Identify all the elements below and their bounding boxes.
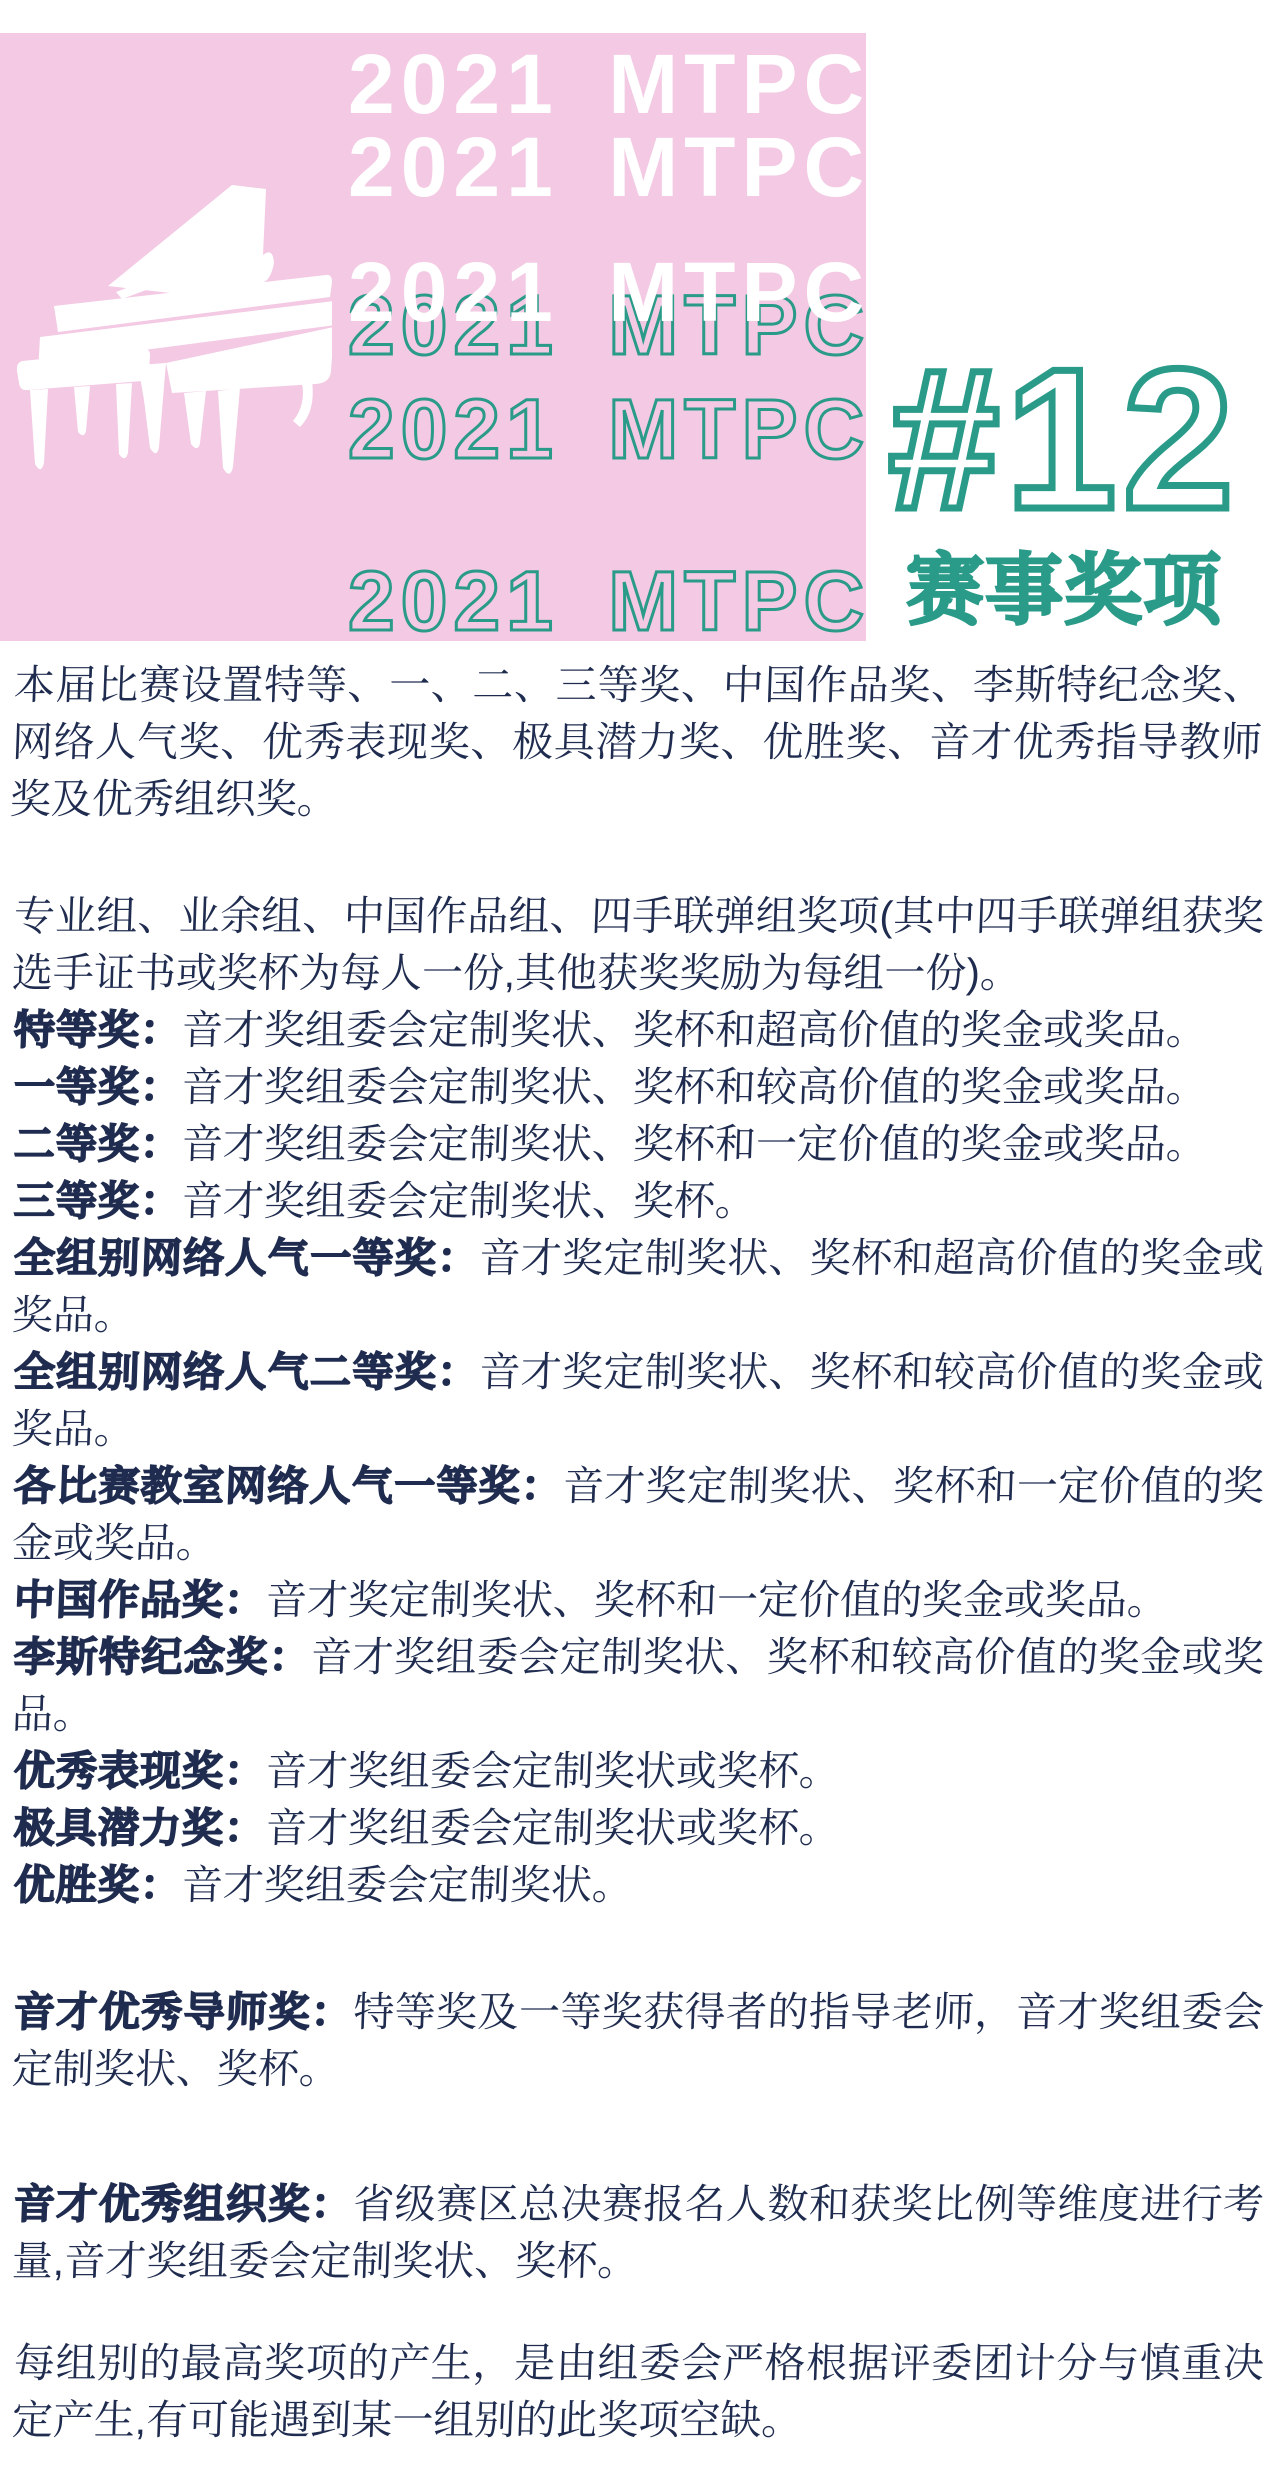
mtpc-row-outline-3: 2021 MTPC <box>348 559 870 643</box>
award-label: 一等奖： <box>13 1064 183 1110</box>
awards-text-column: 本届比赛设置特等、一、二、三等奖、中国作品奖、李斯特纪念奖、网络人气奖、优秀表现… <box>15 657 1265 2449</box>
award-label: 中国作品奖： <box>13 1577 267 1623</box>
closing-note-paragraph: 每组别的最高奖项的产生，是由组委会严格根据评委团计分与慎重决定产生,有可能遇到某… <box>11 2335 1265 2449</box>
award-desc: 音才奖组委会定制奖状或奖杯。 <box>265 1748 841 1794</box>
award-label: 优秀表现奖： <box>13 1748 267 1794</box>
grand-piano-icon <box>16 185 332 490</box>
award-item: 二等奖：音才奖组委会定制奖状、奖杯和一定价值的奖金或奖品。 <box>13 1116 1265 1173</box>
award-label: 李斯特纪念奖： <box>13 1634 312 1680</box>
award-label: 音才优秀组织奖： <box>13 2181 354 2227</box>
award-item: 特等奖：音才奖组委会定制奖状、奖杯和超高价值的奖金或奖品。 <box>13 1002 1265 1059</box>
issue-number: #12 <box>868 340 1260 540</box>
mtpc-row-solid-3: 2021 MTPC <box>348 250 870 334</box>
award-item: 优胜奖：音才奖组委会定制奖状。 <box>13 1857 1265 1914</box>
award-desc: 音才奖组委会定制奖状或奖杯。 <box>265 1805 841 1851</box>
award-item: 一等奖：音才奖组委会定制奖状、奖杯和较高价值的奖金或奖品。 <box>13 1059 1265 1116</box>
award-label: 三等奖： <box>13 1178 183 1224</box>
award-item: 全组别网络人气二等奖：音才奖定制奖状、奖杯和较高价值的奖金或奖品。 <box>11 1344 1265 1458</box>
award-desc: 音才奖组委会定制奖状、奖杯和较高价值的奖金或奖品。 <box>181 1064 1208 1110</box>
award-label: 各比赛教室网络人气一等奖： <box>13 1463 564 1509</box>
section-title: 赛事奖项 <box>868 551 1260 629</box>
award-label: 音才优秀导师奖： <box>13 1989 354 2035</box>
award-label: 全组别网络人气一等奖： <box>13 1235 480 1281</box>
tutor-award-paragraph: 音才优秀导师奖：特等奖及一等奖获得者的指导老师，音才奖组委会定制奖状、奖杯。 <box>11 1984 1265 2098</box>
intro-paragraph: 本届比赛设置特等、一、二、三等奖、中国作品奖、李斯特纪念奖、网络人气奖、优秀表现… <box>9 657 1265 828</box>
award-item: 极具潜力奖：音才奖组委会定制奖状或奖杯。 <box>13 1800 1265 1857</box>
mtpc-row-outline-2: 2021 MTPC <box>348 387 870 471</box>
mtpc-row-solid-1: 2021 MTPC <box>348 42 870 126</box>
award-label: 特等奖： <box>13 1007 183 1053</box>
award-item: 李斯特纪念奖：音才奖组委会定制奖状、奖杯和较高价值的奖金或奖品。 <box>11 1629 1265 1743</box>
poster-page: 2021 MTPC 2021 MTPC 2021 MTPC 2021 MTPC … <box>0 0 1280 2473</box>
award-label: 极具潜力奖： <box>13 1805 267 1851</box>
award-label: 二等奖： <box>13 1121 183 1167</box>
award-desc: 音才奖组委会定制奖状、奖杯。 <box>181 1178 757 1224</box>
award-desc: 音才奖组委会定制奖状。 <box>181 1862 634 1908</box>
mtpc-row-solid-2: 2021 MTPC <box>348 125 870 209</box>
mtpc-banner: 2021 MTPC 2021 MTPC 2021 MTPC 2021 MTPC … <box>0 33 866 641</box>
award-item: 中国作品奖：音才奖定制奖状、奖杯和一定价值的奖金或奖品。 <box>13 1572 1265 1629</box>
organization-award-paragraph: 音才优秀组织奖：省级赛区总决赛报名人数和获奖比例等维度进行考量,音才奖组委会定制… <box>11 2176 1265 2290</box>
award-item: 各比赛教室网络人气一等奖：音才奖定制奖状、奖杯和一定价值的奖金或奖品。 <box>11 1458 1265 1572</box>
award-desc: 音才奖组委会定制奖状、奖杯和超高价值的奖金或奖品。 <box>181 1007 1208 1053</box>
award-item: 优秀表现奖：音才奖组委会定制奖状或奖杯。 <box>13 1743 1265 1800</box>
award-desc: 音才奖组委会定制奖状、奖杯和一定价值的奖金或奖品。 <box>181 1121 1208 1167</box>
award-item: 三等奖：音才奖组委会定制奖状、奖杯。 <box>13 1173 1265 1230</box>
award-item: 全组别网络人气一等奖：音才奖定制奖状、奖杯和超高价值的奖金或奖品。 <box>11 1230 1265 1344</box>
award-label: 优胜奖： <box>13 1862 183 1908</box>
award-desc: 音才奖定制奖状、奖杯和一定价值的奖金或奖品。 <box>265 1577 1169 1623</box>
group-note-paragraph: 专业组、业余组、中国作品组、四手联弹组奖项(其中四手联弹组获奖选手证书或奖杯为每… <box>11 888 1265 1002</box>
award-label: 全组别网络人气二等奖： <box>13 1349 480 1395</box>
